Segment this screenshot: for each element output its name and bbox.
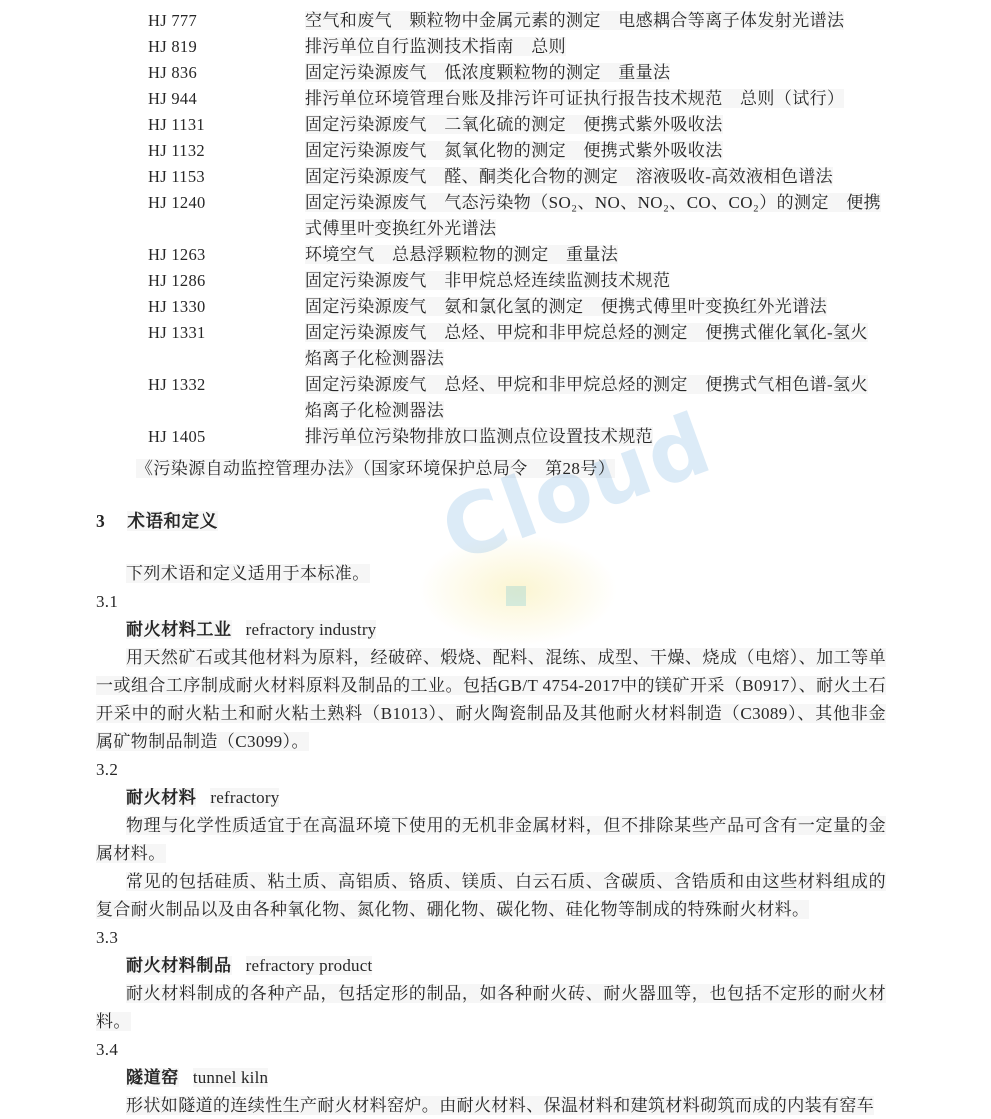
standard-code: HJ 1153 xyxy=(148,164,305,190)
standard-title: 排污单位自行监测技术指南 总则 xyxy=(305,34,883,60)
standard-code: HJ 1405 xyxy=(148,424,305,450)
standard-code: HJ 1330 xyxy=(148,294,305,320)
term-heading: 隧道窑tunnel kiln xyxy=(96,1064,991,1092)
definition-paragraph: 形状如隧道的连续性生产耐火材料窑炉。由耐火材料、保温材料和建筑材料砌筑而成的内装… xyxy=(96,1092,886,1119)
term-heading: 耐火材料工业refractory industry xyxy=(96,616,991,644)
definition-paragraph: 常见的包括硅质、粘土质、高铝质、铬质、镁质、白云石质、含碳质、含锆质和由这些材料… xyxy=(96,868,886,924)
reference-row: HJ 1132 固定污染源废气 氮氧化物的测定 便携式紫外吸收法 xyxy=(148,138,991,164)
term-name-zh: 耐火材料制品 xyxy=(126,956,232,975)
term-heading: 耐火材料refractory xyxy=(96,784,991,812)
definition-text: 物理与化学性质适宜于在高温环境下使用的无机非金属材料，但不排除某些产品可含有一定… xyxy=(96,816,886,863)
term-name-zh: 隧道窑 xyxy=(126,1068,179,1087)
standard-title-text: 环境空气 总悬浮颗粒物的测定 重量法 xyxy=(305,245,618,264)
standard-title-text: 固定污染源废气 醛、酮类化合物的测定 溶液吸收-高效液相色谱法 xyxy=(305,167,833,186)
standard-title: 固定污染源废气 低浓度颗粒物的测定 重量法 xyxy=(305,60,883,86)
clause-number: 3.3 xyxy=(96,924,991,952)
standard-title-text: 排污单位自行监测技术指南 总则 xyxy=(305,37,566,56)
standard-title-text: 排污单位环境管理台账及排污许可证执行报告技术规范 总则（试行） xyxy=(305,89,844,108)
term-heading: 耐火材料制品refractory product xyxy=(96,952,991,980)
section-intro: 下列术语和定义适用于本标准。 xyxy=(96,560,991,588)
standard-title-text: 固定污染源废气 总烃、甲烷和非甲烷总烃的测定 便携式气相色谱-氢火焰离子化检测器… xyxy=(305,375,868,420)
definition-text: 耐火材料制成的各种产品，包括定形的制品，如各种耐火砖、耐火器皿等，也包括不定形的… xyxy=(96,984,886,1031)
reference-row: HJ 1263 环境空气 总悬浮颗粒物的测定 重量法 xyxy=(148,242,991,268)
reference-row: HJ 1332 固定污染源废气 总烃、甲烷和非甲烷总烃的测定 便携式气相色谱-氢… xyxy=(148,372,991,424)
term-section: 3.3 耐火材料制品refractory product 耐火材料制成的各种产品… xyxy=(96,924,991,1036)
term-section: 3.2 耐火材料refractory 物理与化学性质适宜于在高温环境下使用的无机… xyxy=(96,756,991,924)
standard-code: HJ 819 xyxy=(148,34,305,60)
standard-title-text: 固定污染源废气 氮氧化物的测定 便携式紫外吸收法 xyxy=(305,141,723,160)
standard-title-text: 固定污染源废气 气态污染物（SO₂、NO、NO₂、CO、CO₂）的测定 便携式傅… xyxy=(305,193,881,238)
standard-code: HJ 1332 xyxy=(148,372,305,424)
regulation-note-text: 《污染源自动监控管理办法》（国家环境保护总局令 第28号） xyxy=(136,459,615,478)
standard-title: 固定污染源废气 非甲烷总烃连续监测技术规范 xyxy=(305,268,883,294)
term-name-en: refractory xyxy=(210,788,279,807)
standard-title-text: 固定污染源废气 二氧化硫的测定 便携式紫外吸收法 xyxy=(305,115,723,134)
standard-title: 固定污染源废气 气态污染物（SO₂、NO、NO₂、CO、CO₂）的测定 便携式傅… xyxy=(305,190,883,242)
section-title: 术语和定义 xyxy=(127,511,218,531)
term-section: 3.1 耐火材料工业refractory industry 用天然矿石或其他材料… xyxy=(96,588,991,756)
clause-number: 3.1 xyxy=(96,588,991,616)
standard-title-text: 固定污染源废气 非甲烷总烃连续监测技术规范 xyxy=(305,271,670,290)
term-name-zh: 耐火材料工业 xyxy=(126,620,232,639)
reference-row: HJ 944 排污单位环境管理台账及排污许可证执行报告技术规范 总则（试行） xyxy=(148,86,991,112)
clause-number: 3.4 xyxy=(96,1036,991,1064)
standard-title: 固定污染源废气 总烃、甲烷和非甲烷总烃的测定 便携式催化氧化-氢火焰离子化检测器… xyxy=(305,320,883,372)
standard-title: 环境空气 总悬浮颗粒物的测定 重量法 xyxy=(305,242,883,268)
definition-paragraph: 耐火材料制成的各种产品，包括定形的制品，如各种耐火砖、耐火器皿等，也包括不定形的… xyxy=(96,980,886,1036)
reference-row: HJ 1131 固定污染源废气 二氧化硫的测定 便携式紫外吸收法 xyxy=(148,112,991,138)
standard-title-text: 固定污染源废气 总烃、甲烷和非甲烷总烃的测定 便携式催化氧化-氢火焰离子化检测器… xyxy=(305,323,868,368)
reference-row: HJ 1286 固定污染源废气 非甲烷总烃连续监测技术规范 xyxy=(148,268,991,294)
standard-code: HJ 944 xyxy=(148,86,305,112)
standard-code: HJ 1331 xyxy=(148,320,305,372)
definition-paragraph: 物理与化学性质适宜于在高温环境下使用的无机非金属材料，但不排除某些产品可含有一定… xyxy=(96,812,886,868)
term-name-en: refractory product xyxy=(246,956,373,975)
standard-title: 固定污染源废气 二氧化硫的测定 便携式紫外吸收法 xyxy=(305,112,883,138)
reference-row: HJ 836 固定污染源废气 低浓度颗粒物的测定 重量法 xyxy=(148,60,991,86)
definition-text: 用天然矿石或其他材料为原料，经破碎、煅烧、配料、混练、成型、干燥、烧成（电熔）、… xyxy=(96,648,886,751)
clause-number: 3.2 xyxy=(96,756,991,784)
definition-text: 形状如隧道的连续性生产耐火材料窑炉。由耐火材料、保温材料和建筑材料砌筑而成的内装… xyxy=(126,1096,874,1115)
standard-title: 固定污染源废气 氨和氯化氢的测定 便携式傅里叶变换红外光谱法 xyxy=(305,294,883,320)
definition-paragraph: 用天然矿石或其他材料为原料，经破碎、煅烧、配料、混练、成型、干燥、烧成（电熔）、… xyxy=(96,644,886,756)
standard-code: HJ 1240 xyxy=(148,190,305,242)
document-page: HJ 777 空气和废气 颗粒物中金属元素的测定 电感耦合等离子体发射光谱法 H… xyxy=(0,0,991,1119)
standard-code: HJ 1131 xyxy=(148,112,305,138)
reference-row: HJ 777 空气和废气 颗粒物中金属元素的测定 电感耦合等离子体发射光谱法 xyxy=(148,8,991,34)
standard-title-text: 空气和废气 颗粒物中金属元素的测定 电感耦合等离子体发射光谱法 xyxy=(305,11,844,30)
standard-code: HJ 1286 xyxy=(148,268,305,294)
standard-code: HJ 1132 xyxy=(148,138,305,164)
section-heading: 3术语和定义 xyxy=(96,508,991,534)
standard-title: 排污单位环境管理台账及排污许可证执行报告技术规范 总则（试行） xyxy=(305,86,883,112)
standard-title: 排污单位污染物排放口监测点位设置技术规范 xyxy=(305,424,883,450)
section-number: 3 xyxy=(96,511,105,531)
reference-row: HJ 1240 固定污染源废气 气态污染物（SO₂、NO、NO₂、CO、CO₂）… xyxy=(148,190,991,242)
standard-title-text: 固定污染源废气 氨和氯化氢的测定 便携式傅里叶变换红外光谱法 xyxy=(305,297,827,316)
term-name-zh: 耐火材料 xyxy=(126,788,196,807)
term-section: 3.4 隧道窑tunnel kiln 形状如隧道的连续性生产耐火材料窑炉。由耐火… xyxy=(96,1036,991,1119)
regulation-note: 《污染源自动监控管理办法》（国家环境保护总局令 第28号） xyxy=(136,456,991,482)
standard-title: 空气和废气 颗粒物中金属元素的测定 电感耦合等离子体发射光谱法 xyxy=(305,8,883,34)
standard-code: HJ 777 xyxy=(148,8,305,34)
reference-row: HJ 1153 固定污染源废气 醛、酮类化合物的测定 溶液吸收-高效液相色谱法 xyxy=(148,164,991,190)
term-name-en: refractory industry xyxy=(246,620,377,639)
standard-title: 固定污染源废气 总烃、甲烷和非甲烷总烃的测定 便携式气相色谱-氢火焰离子化检测器… xyxy=(305,372,883,424)
definition-text: 常见的包括硅质、粘土质、高铝质、铬质、镁质、白云石质、含碳质、含锆质和由这些材料… xyxy=(96,872,886,919)
reference-row: HJ 819 排污单位自行监测技术指南 总则 xyxy=(148,34,991,60)
standard-code: HJ 836 xyxy=(148,60,305,86)
term-name-en: tunnel kiln xyxy=(193,1068,268,1087)
section-intro-text: 下列术语和定义适用于本标准。 xyxy=(126,564,370,583)
reference-row: HJ 1331 固定污染源废气 总烃、甲烷和非甲烷总烃的测定 便携式催化氧化-氢… xyxy=(148,320,991,372)
standard-title: 固定污染源废气 氮氧化物的测定 便携式紫外吸收法 xyxy=(305,138,883,164)
reference-row: HJ 1330 固定污染源废气 氨和氯化氢的测定 便携式傅里叶变换红外光谱法 xyxy=(148,294,991,320)
normative-references-list: HJ 777 空气和废气 颗粒物中金属元素的测定 电感耦合等离子体发射光谱法 H… xyxy=(148,8,991,450)
reference-row: HJ 1405 排污单位污染物排放口监测点位设置技术规范 xyxy=(148,424,991,450)
standard-code: HJ 1263 xyxy=(148,242,305,268)
standard-title-text: 排污单位污染物排放口监测点位设置技术规范 xyxy=(305,427,653,446)
standard-title-text: 固定污染源废气 低浓度颗粒物的测定 重量法 xyxy=(305,63,670,82)
standard-title: 固定污染源废气 醛、酮类化合物的测定 溶液吸收-高效液相色谱法 xyxy=(305,164,883,190)
